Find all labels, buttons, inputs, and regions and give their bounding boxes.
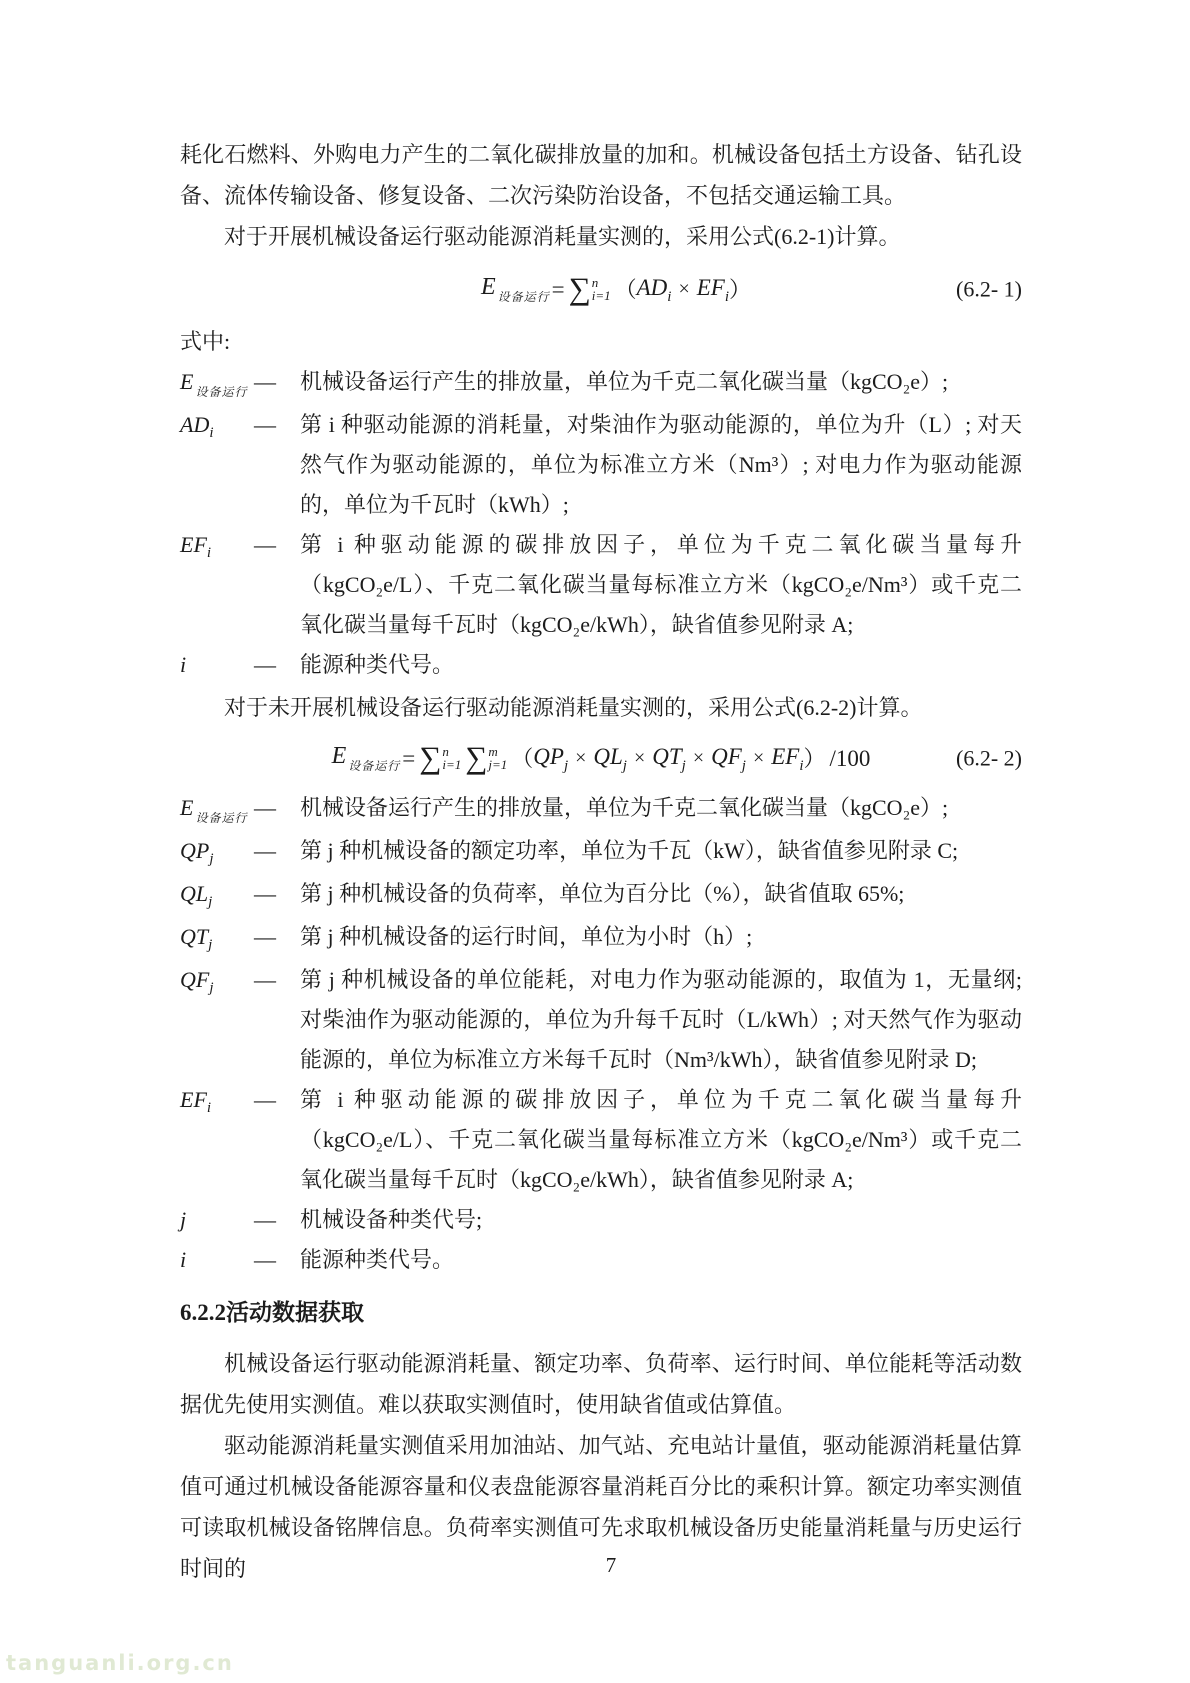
legend-intro: 式中: bbox=[180, 321, 1022, 362]
definition-row: E设备运行 — 机械设备运行产生的排放量，单位为千克二氧化碳当量（kgCO₂e）… bbox=[180, 362, 1022, 405]
definition-dash: — bbox=[254, 405, 300, 525]
times-sign: × bbox=[575, 738, 586, 779]
page-content: 耗化石燃料、外购电力产生的二氧化碳排放量的加和。机械设备包括土方设备、钻孔设备、… bbox=[180, 134, 1022, 1589]
term-QL: QLj bbox=[593, 736, 627, 781]
term-EF: EFi bbox=[771, 736, 803, 781]
paragraph-continuation: 耗化石燃料、外购电力产生的二氧化碳排放量的加和。机械设备包括土方设备、钻孔设备、… bbox=[180, 134, 1022, 216]
definition-row: E设备运行 — 机械设备运行产生的排放量，单位为千克二氧化碳当量（kgCO₂e）… bbox=[180, 788, 1022, 831]
definition-text: 机械设备运行产生的排放量，单位为千克二氧化碳当量（kgCO₂e）; bbox=[300, 788, 1022, 831]
summation-lower: i=1 bbox=[442, 758, 461, 771]
definition-symbol: i bbox=[180, 1240, 254, 1280]
summation: ∑ni=1 bbox=[569, 274, 611, 304]
close-paren: ） bbox=[804, 738, 826, 779]
definition-symbol: QPj bbox=[180, 831, 254, 874]
paragraph-activity-data-1: 机械设备运行驱动能源消耗量、额定功率、负荷率、运行时间、单位能耗等活动数据优先使… bbox=[180, 1343, 1022, 1425]
definition-row: ADi — 第 i 种驱动能源的消耗量，对柴油作为驱动能源的，单位为升（L）; … bbox=[180, 405, 1022, 525]
divisor: /100 bbox=[830, 738, 871, 779]
definition-symbol: ADi bbox=[180, 405, 254, 525]
definition-row: EFi — 第 i 种驱动能源的碳排放因子，单位为千克二氧化碳当量每升（kgCO… bbox=[180, 1080, 1022, 1200]
definition-row: EFi — 第 i 种驱动能源的碳排放因子，单位为千克二氧化碳当量每升（kgCO… bbox=[180, 525, 1022, 645]
symbol-E: E bbox=[332, 736, 347, 777]
definition-symbol: j bbox=[180, 1200, 254, 1240]
definition-symbol: QLj bbox=[180, 874, 254, 917]
definition-dash: — bbox=[254, 1200, 300, 1240]
section-heading-6-2-2: 6.2.2活动数据获取 bbox=[180, 1296, 1022, 1330]
formula-lhs: E设备运行 bbox=[332, 736, 401, 780]
definition-text: 能源种类代号。 bbox=[300, 645, 1022, 685]
summation-limits: ni=1 bbox=[442, 745, 461, 771]
definition-row: i — 能源种类代号。 bbox=[180, 1240, 1022, 1280]
definition-text: 机械设备种类代号; bbox=[300, 1200, 1022, 1240]
definition-row: i — 能源种类代号。 bbox=[180, 645, 1022, 685]
times-sign: × bbox=[693, 738, 704, 779]
sigma-symbol: ∑ bbox=[419, 743, 441, 773]
definition-text: 第 j 种机械设备的负荷率，单位为百分比（%），缺省值取 65%; bbox=[300, 874, 1022, 917]
definition-symbol: E设备运行 bbox=[180, 362, 254, 405]
definition-row: QPj — 第 j 种机械设备的额定功率，单位为千瓦（kW），缺省值参见附录 C… bbox=[180, 831, 1022, 874]
paragraph-formula2-intro: 对于未开展机械设备运行驱动能源消耗量实测的，采用公式(6.2-2)计算。 bbox=[180, 687, 1022, 728]
definitions-list-1: E设备运行 — 机械设备运行产生的排放量，单位为千克二氧化碳当量（kgCO₂e）… bbox=[180, 362, 1022, 685]
definition-text: 第 i 种驱动能源的碳排放因子，单位为千克二氧化碳当量每升（kgCO₂e/L）、… bbox=[300, 525, 1022, 645]
definition-text: 第 j 种机械设备的运行时间，单位为小时（h）; bbox=[300, 917, 1022, 960]
definition-symbol: E设备运行 bbox=[180, 788, 254, 831]
formula-6-2-1: E设备运行 = ∑ni=1 （ ADi × EFi ） (6.2- 1) bbox=[180, 258, 1022, 320]
term-QP: QPj bbox=[533, 736, 568, 781]
definition-dash: — bbox=[254, 960, 300, 1080]
definition-symbol: EFi bbox=[180, 525, 254, 645]
definitions-list-2: E设备运行 — 机械设备运行产生的排放量，单位为千克二氧化碳当量（kgCO₂e）… bbox=[180, 788, 1022, 1280]
sigma-symbol: ∑ bbox=[465, 743, 487, 773]
times-sign: × bbox=[678, 269, 689, 310]
formula-body: E设备运行 = ∑ni=1 （ ADi × EFi ） bbox=[451, 267, 751, 312]
watermark: tanguanli.org.cn bbox=[6, 1651, 234, 1675]
definition-dash: — bbox=[254, 645, 300, 685]
definition-text: 第 j 种机械设备的额定功率，单位为千瓦（kW），缺省值参见附录 C; bbox=[300, 831, 1022, 874]
symbol-E: E bbox=[481, 267, 496, 308]
document-page: 耗化石燃料、外购电力产生的二氧化碳排放量的加和。机械设备包括土方设备、钻孔设备、… bbox=[0, 0, 1190, 1683]
definition-symbol: i bbox=[180, 645, 254, 685]
definition-dash: — bbox=[254, 362, 300, 405]
term-AD: ADi bbox=[637, 267, 672, 312]
open-paren: （ bbox=[511, 738, 533, 779]
definition-dash: — bbox=[254, 1080, 300, 1200]
symbol-E-subscript: 设备运行 bbox=[498, 277, 550, 318]
summation-lower: j=1 bbox=[488, 758, 507, 771]
summation-inner: ∑mj=1 bbox=[465, 743, 507, 773]
equals-sign: = bbox=[402, 738, 415, 779]
summation-limits: ni=1 bbox=[592, 276, 611, 302]
definition-dash: — bbox=[254, 525, 300, 645]
summation-outer: ∑ni=1 bbox=[419, 743, 461, 773]
term-QT: QTj bbox=[652, 736, 686, 781]
formula-6-2-2: E设备运行 = ∑ni=1 ∑mj=1 （ QPj × QLj × QTj × … bbox=[180, 729, 1022, 787]
definition-text: 能源种类代号。 bbox=[300, 1240, 1022, 1280]
paragraph-formula1-intro: 对于开展机械设备运行驱动能源消耗量实测的，采用公式(6.2-1)计算。 bbox=[180, 216, 1022, 257]
times-sign: × bbox=[634, 738, 645, 779]
definition-symbol: QFj bbox=[180, 960, 254, 1080]
definition-symbol: QTj bbox=[180, 917, 254, 960]
definition-dash: — bbox=[254, 874, 300, 917]
definition-text: 第 i 种驱动能源的消耗量，对柴油作为驱动能源的，单位为升（L）; 对天然气作为… bbox=[300, 405, 1022, 525]
page-number: 7 bbox=[0, 1553, 1190, 1578]
definition-row: QFj — 第 j 种机械设备的单位能耗，对电力作为驱动能源的，取值为 1，无量… bbox=[180, 960, 1022, 1080]
definition-row: QLj — 第 j 种机械设备的负荷率，单位为百分比（%），缺省值取 65%; bbox=[180, 874, 1022, 917]
definition-dash: — bbox=[254, 1240, 300, 1280]
definition-text: 第 i 种驱动能源的碳排放因子，单位为千克二氧化碳当量每升（kgCO₂e/L）、… bbox=[300, 1080, 1022, 1200]
definition-dash: — bbox=[254, 788, 300, 831]
formula-body: E设备运行 = ∑ni=1 ∑mj=1 （ QPj × QLj × QTj × … bbox=[332, 736, 871, 781]
definition-text: 机械设备运行产生的排放量，单位为千克二氧化碳当量（kgCO₂e）; bbox=[300, 362, 1022, 405]
formula-lhs: E设备运行 bbox=[481, 267, 550, 311]
close-paren: ） bbox=[729, 269, 751, 310]
sigma-symbol: ∑ bbox=[569, 274, 591, 304]
formula-label: (6.2- 1) bbox=[956, 269, 1022, 310]
summation-lower: i=1 bbox=[592, 289, 611, 302]
term-QF: QFj bbox=[711, 736, 746, 781]
formula-label: (6.2- 2) bbox=[956, 738, 1022, 779]
definition-symbol: EFi bbox=[180, 1080, 254, 1200]
definition-row: QTj — 第 j 种机械设备的运行时间，单位为小时（h）; bbox=[180, 917, 1022, 960]
open-paren: （ bbox=[615, 269, 637, 310]
definition-dash: — bbox=[254, 917, 300, 960]
term-EF: EFi bbox=[697, 267, 729, 312]
definition-row: j — 机械设备种类代号; bbox=[180, 1200, 1022, 1240]
definition-dash: — bbox=[254, 831, 300, 874]
symbol-E-subscript: 设备运行 bbox=[348, 746, 400, 787]
times-sign: × bbox=[753, 738, 764, 779]
equals-sign: = bbox=[552, 269, 565, 310]
definition-text: 第 j 种机械设备的单位能耗，对电力作为驱动能源的，取值为 1，无量纲; 对柴油… bbox=[300, 960, 1022, 1080]
summation-limits: mj=1 bbox=[488, 745, 507, 771]
